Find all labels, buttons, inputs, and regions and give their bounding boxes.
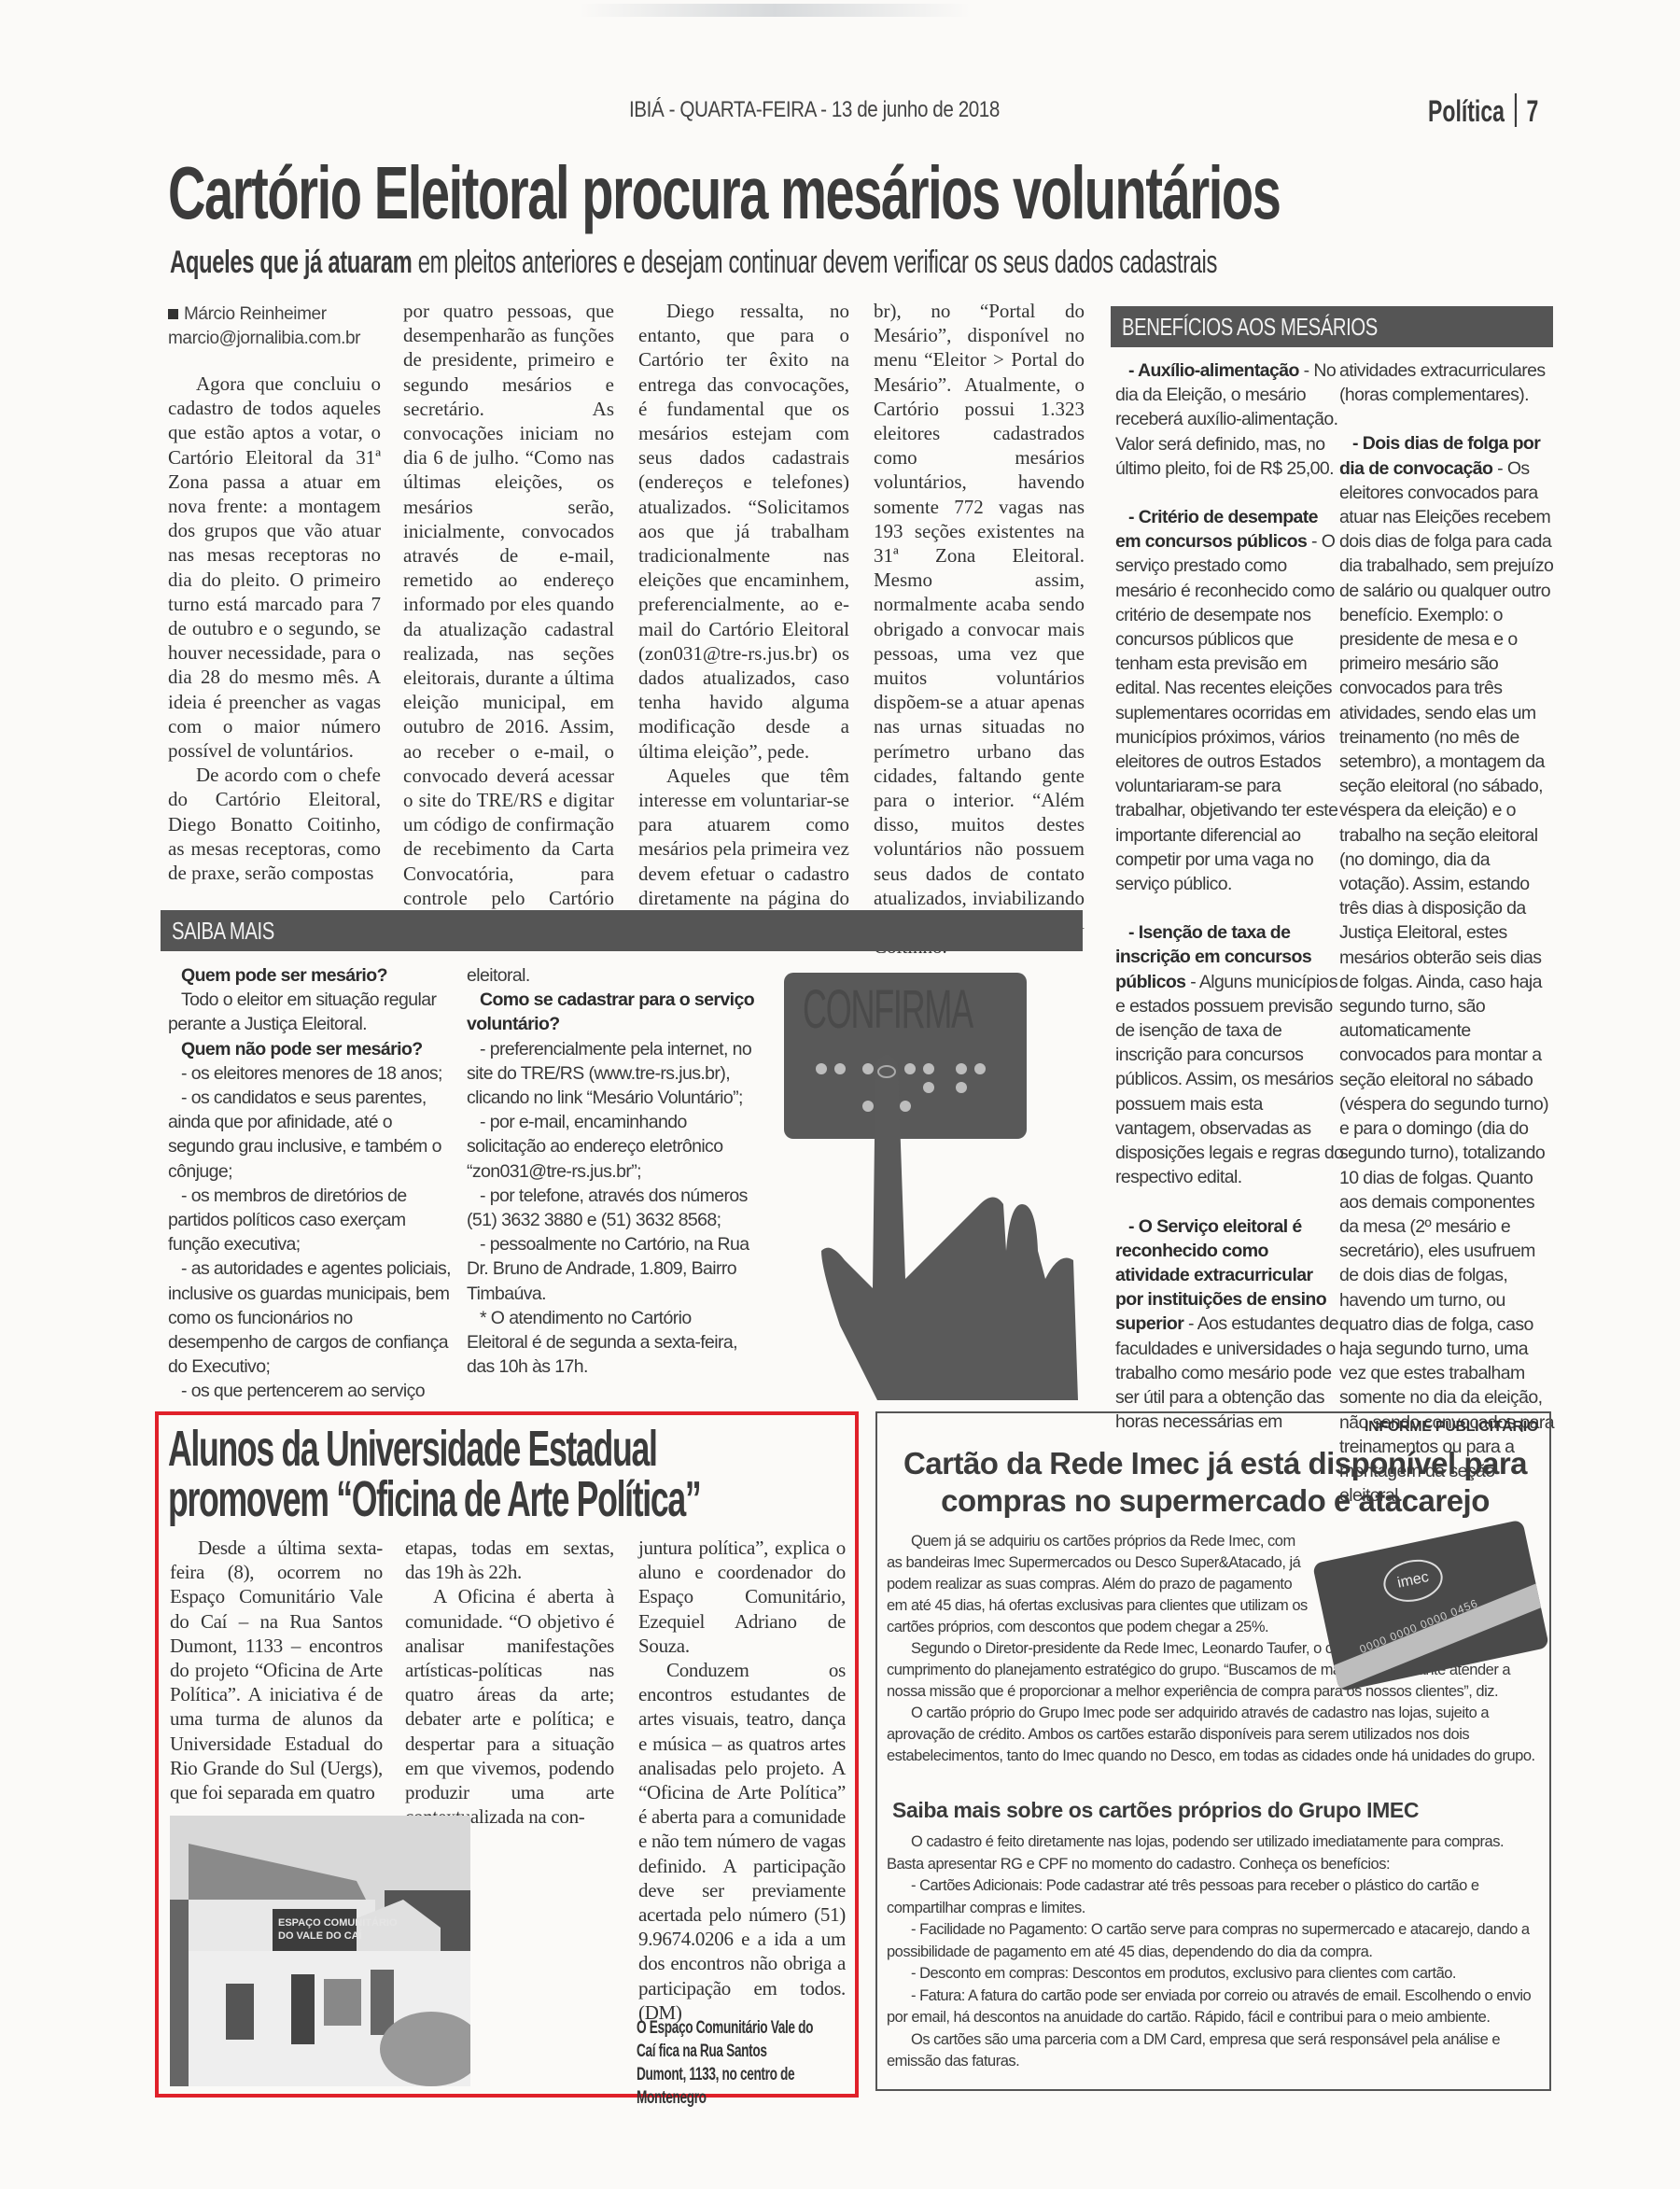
- subheadline-bold: Aqueles que já atuaram: [170, 245, 412, 280]
- section-divider: [1515, 93, 1517, 127]
- paragraph: por quatro pessoas, que desempenharão as…: [403, 299, 614, 934]
- faq-answer: Todo o eleitor em situação regular peran…: [168, 988, 453, 1036]
- faq-item: - por e-mail, encaminhando solicitação a…: [467, 1110, 756, 1184]
- main-article-col4: br), no “Portal do Mesário”, disponível …: [874, 299, 1085, 959]
- benefit-item: - O Serviço eleitoral é reconhecido como…: [1115, 1214, 1344, 1435]
- community-space-photo: ESPAÇO COMUNITÁRIO DO VALE DO CAÍ: [170, 1816, 470, 2086]
- faq-item: - os que pertencerem ao serviço: [168, 1379, 453, 1403]
- benefit-item: - Dois dias de folga por dia de convocaç…: [1339, 431, 1556, 1508]
- oficina-col1: Desde a última sexta-feira (8), ocorrem …: [170, 1536, 383, 1804]
- building-photo-icon: [170, 1816, 470, 2086]
- scan-artifact: [579, 4, 971, 17]
- photo-banner-text: ESPAÇO COMUNITÁRIO DO VALE DO CAÍ: [278, 1916, 398, 1943]
- beneficios-header: BENEFÍCIOS AOS MESÁRIOS: [1111, 306, 1553, 347]
- ad-paragraph: O cartão próprio do Grupo Imec pode ser …: [887, 1703, 1540, 1767]
- paragraph: Diego ressalta, no entanto, que para o C…: [638, 299, 849, 764]
- ad-headline: Cartão da Rede Imec já está disponível p…: [889, 1445, 1542, 1520]
- ad-detail: O cadastro é feito diretamente nas lojas…: [887, 1831, 1540, 1875]
- paragraph: A Oficina é aberta à comunidade. “O obje…: [405, 1584, 614, 1829]
- section-label: Política 7: [1428, 93, 1538, 129]
- paragraph: Aqueles que têm interesse em voluntariar…: [638, 764, 849, 934]
- faq-question: Quem não pode ser mesário?: [168, 1037, 453, 1061]
- saiba-mais-header: SAIBA MAIS: [161, 910, 472, 951]
- paragraph: juntura política”, explica o aluno e coo…: [638, 1536, 846, 1658]
- faq-item: eleitoral.: [467, 963, 756, 988]
- faq-item: * O atendimento no Cartório Eleitoral é …: [467, 1306, 756, 1380]
- ad-label: INFORME PUBLICITÁRIO: [1365, 1419, 1538, 1436]
- oficina-headline: Alunos da Universidade Estadual promovem…: [168, 1424, 700, 1524]
- faq-question: Como se cadastrar para o serviço voluntá…: [467, 988, 756, 1036]
- byline-author: Márcio Reinheimer: [168, 302, 360, 327]
- benefit-item: - Auxílio-alimentação - No dia da Eleiçã…: [1115, 358, 1344, 481]
- beneficios-col1: - Auxílio-alimentação - No dia da Eleiçã…: [1115, 358, 1344, 1458]
- faq-item: - as autoridades e agentes policiais, in…: [168, 1256, 453, 1379]
- faq-item: - preferencialmente pela internet, no si…: [467, 1037, 756, 1111]
- benefit-item: atividades extracurriculares (horas comp…: [1339, 358, 1556, 407]
- benefit-item: - Isenção de taxa de inscrição em concur…: [1115, 920, 1344, 1189]
- dateline: IBIÁ - QUARTA-FEIRA - 13 de junho de 201…: [629, 97, 1000, 123]
- main-article-col2: por quatro pessoas, que desempenharão as…: [403, 299, 614, 934]
- faq-item: - os membros de diretórios de partidos p…: [168, 1184, 453, 1257]
- faq-item: - por telefone, através dos números (51)…: [467, 1184, 756, 1232]
- ad-detail: - Fatura: A fatura do cartão pode ser en…: [887, 1986, 1540, 2029]
- ad-subheadline: Saiba mais sobre os cartões próprios do …: [892, 1798, 1419, 1823]
- subheadline-rest: em pleitos anteriores e desejam continua…: [412, 245, 1217, 280]
- ad-detail: - Cartões Adicionais: Pode cadastrar até…: [887, 1875, 1540, 1919]
- faq-item: - os candidatos e seus parentes, ainda q…: [168, 1086, 453, 1184]
- paragraph: br), no “Portal do Mesário”, disponível …: [874, 299, 1085, 959]
- ad-details: O cadastro é feito diretamente nas lojas…: [887, 1831, 1540, 2073]
- byline-email: marcio@jornalibia.com.br: [168, 327, 360, 351]
- ad-detail: Os cartões são uma parceria com a DM Car…: [887, 2029, 1540, 2073]
- voting-machine-illustration: CONFIRMA: [765, 971, 1083, 1400]
- benefit-item: - Critério de desempate em concursos púb…: [1115, 505, 1344, 896]
- paragraph: Conduzem os encontros estudantes de arte…: [638, 1658, 846, 2025]
- page-number: 7: [1527, 94, 1539, 128]
- paragraph: Agora que concluiu o cadastro de todos a…: [168, 372, 381, 763]
- faq-item: - pessoalmente no Cartório, na Rua Dr. B…: [467, 1232, 756, 1306]
- saiba-mais-col1: Quem pode ser mesário? Todo o eleitor em…: [168, 963, 453, 1404]
- paragraph: etapas, todas em sextas, das 19h às 22h.: [405, 1536, 614, 1584]
- paragraph: Desde a última sexta-feira (8), ocorrem …: [170, 1536, 383, 1804]
- oficina-col2: etapas, todas em sextas, das 19h às 22h.…: [405, 1536, 614, 1829]
- confirma-screen-text: CONFIRMA: [803, 978, 973, 1041]
- main-subheadline: Aqueles que já atuaram em pleitos anteri…: [170, 245, 1217, 281]
- photo-caption: O Espaço Comunitário Vale do Caí fica na…: [637, 2016, 818, 2110]
- oficina-col3: juntura política”, explica o aluno e coo…: [638, 1536, 846, 2025]
- byline: Márcio Reinheimer marcio@jornalibia.com.…: [168, 302, 360, 351]
- main-headline: Cartório Eleitoral procura mesários volu…: [168, 151, 1280, 235]
- imec-card-logo: imec: [1379, 1554, 1447, 1607]
- saiba-mais-header-bar: [461, 910, 1083, 951]
- faq-item: - os eleitores menores de 18 anos;: [168, 1061, 453, 1086]
- section-name: Política: [1428, 94, 1505, 128]
- faq-question: Quem pode ser mesário?: [168, 963, 453, 988]
- ad-paragraph: Quem já se adquiriu os cartões próprios …: [887, 1531, 1311, 1638]
- saiba-mais-col2: eleitoral. Como se cadastrar para o serv…: [467, 963, 756, 1379]
- beneficios-col2: atividades extracurriculares (horas comp…: [1339, 358, 1556, 1532]
- paragraph: De acordo com o chefe do Cartório Eleito…: [168, 763, 381, 885]
- byline-square-icon: [168, 309, 178, 319]
- main-article-col1: Agora que concluiu o cadastro de todos a…: [168, 372, 381, 885]
- main-article-col3: Diego ressalta, no entanto, que para o C…: [638, 299, 849, 934]
- ad-detail: - Facilidade no Pagamento: O cartão serv…: [887, 1919, 1540, 1963]
- ad-detail: - Desconto em compras: Descontos em prod…: [887, 1963, 1540, 1986]
